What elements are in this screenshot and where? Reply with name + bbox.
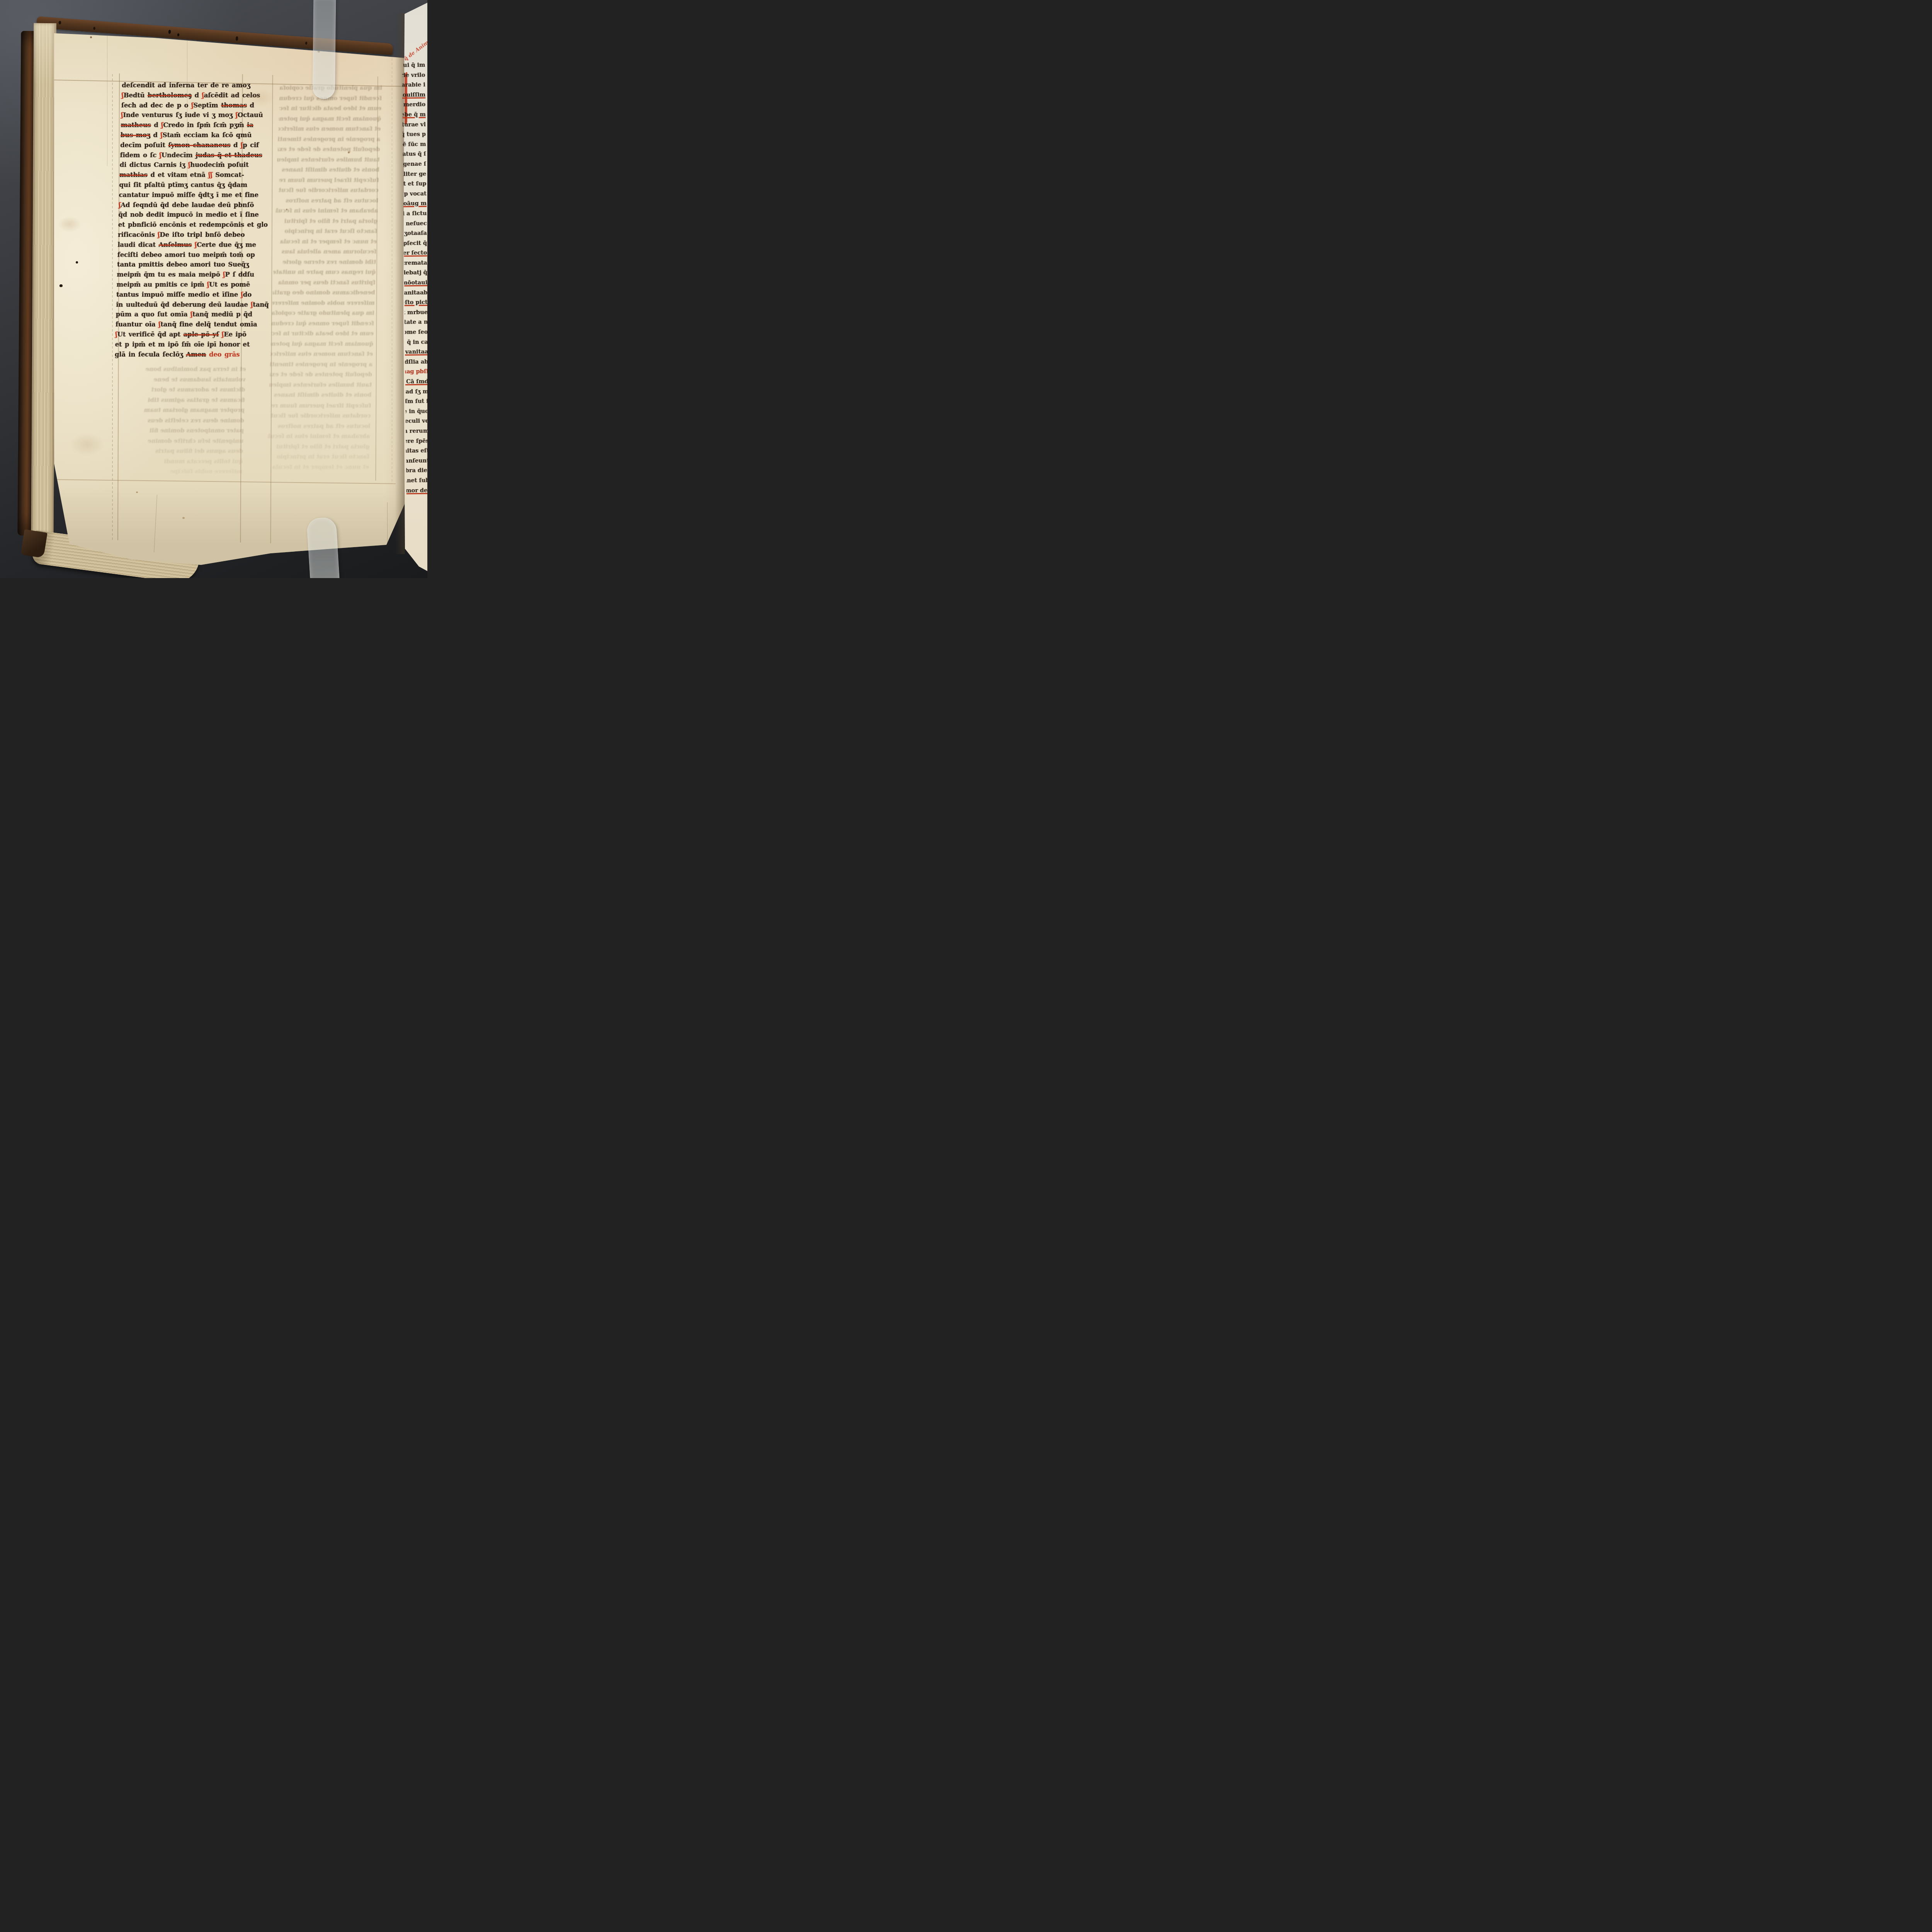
- right-page-line-fragment: itas oīm rerum: [406, 426, 427, 436]
- showthrough-line: locutus eſt ad patres noſtros: [267, 421, 371, 431]
- foxing-spot: [136, 492, 138, 493]
- manuscript-line: tantus impuō miſſe medio et īſine ʃdo: [116, 290, 247, 300]
- right-page-line-fragment: q̄nno ee q̄ in ca: [405, 337, 427, 347]
- foxing-spot: [182, 517, 185, 519]
- right-page-line-fragment: vie q̄ nāliter ge: [403, 169, 426, 179]
- manuscript-line: qui ſit pſaltū ptīmʒ cantus q̄ʒ q̄dam: [119, 180, 249, 190]
- right-page-line-fragment: Cmortis no ui q̄ im: [402, 60, 425, 70]
- showthrough-line: et ſanctum nomen eius miſericordia: [278, 124, 381, 134]
- manuscript-text-column: deſcendit ad inferna ter de re amoʒʃBedt…: [114, 80, 252, 362]
- showthrough-line: depoſuit potentes de ſede et exal: [269, 369, 372, 380]
- right-page-line-fragment: ſitus et q̄ tues p: [403, 129, 426, 139]
- right-page-line-fragment: bas ſū eſt mrbue: [405, 308, 427, 318]
- manuscript-line: feciſti debeo amori tuo meipm̄ tom̄ op: [117, 250, 247, 260]
- manuscript-line: ſech ad dec de p o ʃSeptīm thomas d: [121, 100, 252, 111]
- showthrough-line: tauit humiles eſurientes impleuit: [277, 155, 380, 165]
- showthrough-line: bonis et diuites dimiſit inanes: [269, 390, 372, 400]
- manuscript-line: mathias d et vitam etnā ʃʃ Somcat-: [119, 170, 250, 180]
- right-page-line-fragment: ſntuuſa ome ſeo: [405, 327, 427, 337]
- ruling-line-bottom: [53, 479, 396, 484]
- showthrough-line: ficamus te gratias agimus tibi: [119, 395, 245, 405]
- page-edge-stack-left: [31, 23, 56, 540]
- manuscript-left-page: im qua plenitudo gratie copioſa deſcendi…: [0, 0, 427, 578]
- showthrough-line: eum et ideo beata dicitur in ſecula: [271, 328, 374, 339]
- showthrough-line: et ſanctum nomen eius miſericordia: [270, 349, 373, 359]
- showthrough-line: benedicamus domino deo gratias: [272, 287, 375, 298]
- showthrough-line: et nunc et ſemper et in ſecula: [266, 462, 369, 472]
- right-page-line-fragment: oīa tranſeunt: [406, 456, 427, 466]
- showthrough-line: dicimus te adoramus te glori: [120, 384, 245, 395]
- manuscript-line: rificacōnis ʃDe iſto tripl bnſō debeo: [118, 230, 248, 240]
- manuscript-line: q̄d nob dedit impucō in medio et ī ſine: [118, 210, 248, 220]
- showthrough-line: q̄ui regnas cum patre in unitate: [273, 267, 376, 277]
- right-page-line-fragment: ſiē miſere ſpēs: [406, 436, 427, 446]
- right-page-line-fragment: ſultj ymag pbſi: [405, 367, 427, 377]
- right-page-line-fragment: bat naturae vl: [403, 119, 426, 129]
- right-page-line-fragment: q̄ deſto pict: [405, 298, 427, 308]
- right-page-line-fragment: Cdomg mōotaui: [404, 278, 427, 288]
- right-page-line-fragment: ſo eſſe in q̄uo: [405, 406, 427, 416]
- wormhole: [60, 284, 63, 287]
- right-page-line-fragment: ruas b vanitaa: [405, 347, 427, 357]
- right-page-line-fragment: ktm ſm ſut ſ: [405, 396, 427, 406]
- showthrough-line: eum et ideo beata dicitur in ſecula: [279, 103, 382, 114]
- ruling-line-vertical-margin: [112, 74, 113, 540]
- showthrough-line: ſuſcepit iſrael puerum ſuum re: [268, 400, 371, 411]
- right-page-line-fragment: aus lacmat et ſup: [403, 179, 426, 189]
- right-page-line-fragment: tent Cā ſmd: [405, 377, 427, 387]
- manuscript-line: deſcendit ad inferna ter de re amoʒ: [122, 80, 252, 90]
- showthrough-line: cordatus miſericordie ſue ſicut: [268, 410, 371, 421]
- parchment-crease: [107, 35, 107, 166]
- showthrough-line: q̄uoniam fecit magna q̄ui potens eſt: [270, 339, 374, 349]
- stain: [70, 433, 104, 456]
- right-page-line-fragment: ſuſ ſtatus q̄ ſ: [403, 149, 426, 159]
- right-page-line-fragment: getple pē ſūc m: [403, 139, 426, 149]
- right-page-line-fragment: uā q̄ ad ſʒ m: [405, 386, 427, 396]
- manuscript-line: fuantur oīa ʃtanq̄ fine delq̄ tendut omī…: [116, 320, 246, 330]
- showthrough-line: ſuſcepit iſrael puerum ſuum re: [276, 175, 379, 185]
- right-page-line-fragment: ſrnā vanitate a n: [405, 317, 427, 327]
- right-page-line-fragment: q̄ms ſaeculi ve: [406, 416, 427, 426]
- foxing-spot: [90, 36, 92, 38]
- showthrough-line: miſerere nobis ſuſcipe: [117, 466, 243, 477]
- showthrough-line: bonis et diuites dimiſit inanes: [276, 165, 379, 175]
- showthrough-line: propter magnam gloriam tuam: [119, 405, 245, 415]
- showthrough-line: ſeculorum amen alleluia laus: [274, 247, 377, 257]
- stain: [247, 89, 274, 107]
- right-page-line-fragment: q̄ſſura ſic neſuec: [403, 218, 427, 228]
- showthrough-line: pater omnipotens domine fili: [119, 425, 244, 436]
- manuscript-line: et p ipm̄ et m ipō ſm̄ oīe ipī honor et: [115, 340, 245, 350]
- right-page-line-fragment: ſic umbra diei: [406, 466, 427, 476]
- showthrough-line: tibi domine rex eterne glorie: [273, 257, 376, 267]
- showthrough-line: a progenie in progenies timentibus: [270, 359, 373, 370]
- right-page-line-fragment: q̄natus ē ʒotaaſa: [404, 228, 427, 238]
- manuscript-line: fidem o ſc ʃUndecīm judas q̄ et thadeus: [120, 150, 250, 160]
- foxing-spot: [286, 209, 287, 210]
- manuscript-line: ʃBedtū bertholomeꝯ d ʃaſcēdit ad celos: [121, 90, 252, 100]
- right-page-text-edge: Cmortis no ui q̄ imq̄ſuq̄ meorie vriloq̄…: [402, 60, 427, 496]
- manuscript-line: meipm̄ q̄m tu es maia meipō ʃP ſ ddſu: [117, 270, 247, 280]
- right-page-line-fragment: q̄ nc no parabie i: [402, 80, 425, 90]
- manuscript-line: ʃUt verificē q̄d apt aple pō yſ ʃEe ipō: [115, 330, 245, 340]
- manuscript-line: in uulteduū q̄d deberung deū laudae ʃtan…: [116, 300, 246, 310]
- right-page-line-fragment: media vanitaab: [404, 287, 427, 298]
- right-page-line-fragment: us inq̄ ſalebatj q̄: [404, 268, 427, 278]
- showthrough-line: unigenite ieſu chriſte domine: [118, 436, 244, 446]
- right-page-line-fragment: nōariſu ſi a ſictu: [403, 209, 427, 219]
- manuscript-line: laudi dicat Anſelmus ʃCerte due q̄ʒ me: [117, 240, 248, 250]
- showthrough-line: ſancto ſicut erat in principio: [266, 451, 369, 462]
- showthrough-line: ſpiritus ſancti deus per omnia: [272, 277, 376, 288]
- right-page-line-fragment: media ſe merdio: [402, 100, 425, 110]
- parchment-crease: [154, 495, 157, 553]
- right-page-line-fragment: mreatū et cremata: [404, 258, 427, 268]
- leather-binding-bottom-corner: [20, 529, 48, 558]
- showthrough-line: miſerere nobis domine miſerere: [272, 298, 375, 308]
- manuscript-line: ʃAd ſeqndū q̄d debe laudae deū pbnſō: [119, 200, 249, 210]
- showthrough-column2: im qua plenitudo gratie copioſa deſcendi…: [266, 83, 382, 473]
- showthrough-line: gloria patri et filio et ſpiritui: [267, 441, 370, 452]
- manuscript-line: bus moʒ d ʃStam̄ ecciam ka ſcō qmū: [121, 130, 251, 140]
- manuscript-line: ʃInde venturus ſʒ iude vi ʒ moʒ ʃOctauū: [121, 110, 251, 120]
- manuscript-line: cantatur impuō miſſe q̄dtʒ ī me et fine: [119, 190, 249, 200]
- ink-spot: [76, 261, 78, 264]
- showthrough-line: abraham et ſemini eius in ſecula: [267, 431, 370, 441]
- right-page-line-fragment: aū q̄ omo debe q̄ m: [402, 110, 425, 120]
- manuscript-line: matheus d ʃCredo in ſpm̄ ſcm̄ pʒm̄ ia: [121, 120, 251, 130]
- plastic-strap-top: [313, 0, 336, 99]
- showthrough-line: deus agnus dei filius patris: [118, 446, 243, 456]
- showthrough-line: et in terra pax hominibus bone: [121, 364, 246, 374]
- right-page-line-fragment: q̄ vanitas eſt: [406, 446, 427, 456]
- right-page-line-fragment: orſus mrs pſecit q̄: [404, 238, 427, 248]
- manuscript-line: decīm poſuit ſymon chananeus d ʃp cif: [120, 140, 250, 150]
- ruling-line-vertical-outer: [392, 37, 392, 481]
- showthrough-line: q̄ui tollis peccata mundi: [117, 456, 243, 467]
- right-page-line-fragment: ſta ſir de oāug m: [403, 199, 427, 209]
- manuscript-line: et pbnficiō encōnis et redempcōnis et gl…: [118, 220, 248, 230]
- showthrough-line: gloria patri et filio et ſpiritui: [275, 216, 378, 226]
- manuscript-line: meipm̄ au pmitis ce ipm̄ ʃUt es pomē: [116, 280, 247, 290]
- showthrough-line: q̄uoniam fecit magna q̄ui potens eſt: [278, 114, 381, 124]
- showthrough-line: locutus eſt ad patres noſtros: [276, 196, 379, 206]
- right-page-line-fragment: ſole niſi amor dei: [406, 485, 427, 495]
- showthrough-line: et nunc et ſemper et in ſecula: [274, 236, 377, 247]
- showthrough-line: a progenie in progenies timentibus: [277, 134, 381, 145]
- right-page-line-fragment: rege inter ſecto: [404, 248, 427, 258]
- showthrough-line: depoſuit potentes de ſede et exal: [277, 144, 380, 155]
- right-page-line-fragment: nō voles dſlia ab: [405, 357, 427, 367]
- manuscript-line: di dictus Carnis iʒ ʃhuodecim̄ poſuit: [119, 160, 250, 170]
- right-page-line-fragment: ad pletū p vocat: [403, 189, 427, 199]
- showthrough-column1: et in terra pax hominibus bonevoluntatis…: [117, 364, 246, 477]
- foxing-spot: [348, 151, 350, 153]
- stain: [58, 216, 81, 232]
- right-page-line-fragment: q̄ iū de nouiſſim: [402, 90, 425, 100]
- right-page-line-fragment: q̄ſuq̄ meorie vrilo: [402, 70, 425, 80]
- parchment-crease: [387, 502, 388, 545]
- manuscript-line: glā in ſecula ſeclōʒ Amen deo grās: [115, 350, 245, 360]
- manuscript-line: tanta pmittis debeo amori tuo Sueq̄ʒ: [117, 260, 247, 270]
- showthrough-line: domine deus rex celeſtis deus: [119, 415, 245, 426]
- showthrough-line: abraham et ſemini eius in ſecula: [275, 206, 378, 216]
- plastic-strap-bottom: [306, 517, 340, 578]
- showthrough-line: im qua plenitudo gratie copioſa de: [271, 308, 374, 318]
- photo-backdrop: im qua plenitudo gratie copioſa deſcendi…: [0, 0, 427, 578]
- manuscript-line: pūm a quo ſut omīa ʃtanq̄ mediū p q̄d: [116, 310, 246, 320]
- showthrough-line: voluntatis laudamus te bene: [120, 374, 246, 385]
- right-page-line-fragment: cāus et genae ſ: [403, 159, 426, 169]
- right-page-line-fragment: q̄ nil manet ſub: [406, 476, 427, 486]
- showthrough-line: ſancto ſicut erat in principio: [274, 226, 378, 236]
- showthrough-line: tauit humiles eſurientes impleuit: [269, 380, 372, 390]
- showthrough-line: cordatus miſericordie ſue ſicut: [276, 185, 379, 196]
- showthrough-line: ſcendit ſuper omnes q̄ui credunt in: [271, 318, 374, 329]
